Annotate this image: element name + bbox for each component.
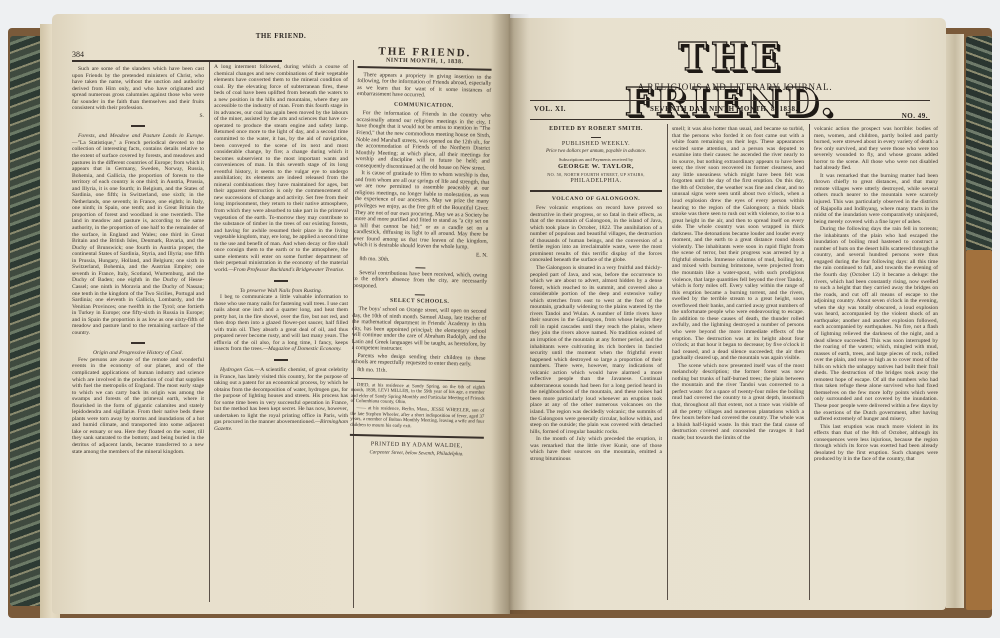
communication-heading: COMMUNICATION. bbox=[357, 101, 491, 110]
death-notice-1: DIED, at his residence at Sandy Spring, … bbox=[351, 382, 485, 407]
signature: S. bbox=[72, 113, 204, 120]
publication-rule bbox=[530, 190, 662, 192]
leather-spine-corner bbox=[966, 250, 992, 610]
coal-continued: A long interment followed, during which … bbox=[214, 64, 348, 274]
masthead-rule bbox=[358, 66, 492, 70]
volcano-paragraph-3: In the month of July which preceded the … bbox=[530, 436, 662, 462]
section-separator bbox=[415, 294, 425, 295]
left-page: THE FRIEND. 384 Such are some of the sla… bbox=[52, 14, 510, 614]
buckland-source: —From Professor Buckland's Bridgewater T… bbox=[228, 267, 344, 273]
section-separator bbox=[274, 359, 288, 361]
death-notice-2: —— at his residence, Berlin, Mass., JESS… bbox=[350, 406, 484, 431]
agent-name: GEORGE W. TAYLOR, bbox=[530, 163, 662, 171]
section-separator bbox=[131, 342, 145, 344]
right-page: THE FRIEND. A RELIGIOUS AND LITERARY JOU… bbox=[510, 18, 946, 610]
volcano-last-eruption: This last eruption was much more violent… bbox=[814, 424, 938, 463]
forests-body: —"La Statistique," a French periodical d… bbox=[72, 140, 204, 336]
right-column-2: smell; it was also hotter than usual, an… bbox=[672, 126, 804, 442]
communication-body: For the information of Friends in the co… bbox=[355, 110, 490, 172]
left-column-1: Such are some of the slanders which have… bbox=[72, 66, 204, 456]
hydrogen-heading: Hydrogen Gas. bbox=[220, 367, 254, 373]
volume-label: VOL. XI. bbox=[534, 105, 566, 113]
agent-address: NO. 50, NORTH FOURTH STREET, UP STAIRS, bbox=[530, 171, 662, 179]
volcano-deluge: During the following days the rain fell … bbox=[814, 226, 938, 422]
section-separator bbox=[591, 137, 601, 138]
section-separator bbox=[131, 125, 145, 127]
price-line: Price two dollars per annum, payable in … bbox=[530, 148, 662, 156]
intro-paragraph: There appears a propriety in giving inse… bbox=[357, 72, 492, 101]
column-rule bbox=[209, 62, 210, 602]
publication-info: EDITED BY ROBERT SMITH. PUBLISHED WEEKLY… bbox=[530, 126, 662, 192]
issue-info-bar: VOL. XI. SEVENTH DAY, NINTH MONTH, 8, 18… bbox=[530, 100, 930, 120]
subscriptions-line: Subscriptions and Payments received by bbox=[530, 156, 662, 164]
city-line: PHILADELPHIA. bbox=[530, 178, 662, 186]
forests-heading: Forests, and Meadow and Pasture Lands in… bbox=[78, 133, 204, 139]
gratitude-date: 8th mo. 30th. bbox=[353, 256, 487, 265]
right-column-3: volcanic action the prospect was horribl… bbox=[814, 126, 938, 464]
left-column-3: THE FRIEND. NINTH MONTH, 1, 1838. There … bbox=[349, 48, 492, 459]
column-rule bbox=[809, 124, 810, 600]
page-number: 384 bbox=[72, 50, 84, 59]
frequency-line: PUBLISHED WEEKLY. bbox=[530, 141, 662, 149]
volcano-continued: smell; it was also hotter than usual, an… bbox=[672, 126, 804, 362]
printer-address: Carpenter Street, below Seventh, Philade… bbox=[349, 450, 483, 459]
newspaper-subtitle: A RELIGIOUS AND LITERARY JOURNAL. bbox=[570, 82, 900, 92]
schools-parents: Parents who design sending their childre… bbox=[351, 353, 485, 369]
nails-body: I beg to communicate a little valuable i… bbox=[214, 294, 348, 353]
running-head: THE FRIEND. bbox=[52, 32, 510, 40]
volcano-scene: The scene which now presented itself was… bbox=[672, 363, 804, 442]
column-rule bbox=[667, 124, 668, 600]
coal-body: Few persons are aware of the remote and … bbox=[72, 357, 204, 455]
volcano-heading: VOLCANO OF GALONGOON. bbox=[530, 196, 662, 203]
right-column-1: EDITED BY ROBERT SMITH. PUBLISHED WEEKLY… bbox=[530, 126, 662, 463]
left-column-2: A long interment followed, during which … bbox=[214, 64, 348, 433]
slanders-paragraph: Such are some of the slanders which have… bbox=[72, 66, 204, 112]
section-separator bbox=[274, 280, 288, 282]
header-rule bbox=[72, 60, 282, 62]
printer-name: PRINTED BY ADAM WALDIE, bbox=[350, 441, 484, 450]
issue-number: NO. 49. bbox=[902, 112, 928, 120]
editorial-masthead-title: THE FRIEND. bbox=[358, 48, 492, 57]
volcano-paragraph-1: Few volcanic eruptions on record have pr… bbox=[530, 205, 662, 264]
hydrogen-paragraph: Hydrogen Gas.—A scientific chemist, of g… bbox=[214, 367, 348, 432]
volcano-paragraph-2: The Galongoon is situated in a very frui… bbox=[530, 265, 662, 435]
section-separator bbox=[415, 267, 425, 268]
issue-dateline: SEVENTH DAY, NINTH MONTH, 8, 1838. bbox=[650, 105, 798, 113]
volcano-observations: It was remarked that the burning matter … bbox=[814, 173, 938, 225]
editorial-masthead: THE FRIEND. NINTH MONTH, 1, 1838. bbox=[358, 48, 492, 66]
printer-imprint: PRINTED BY ADAM WALDIE, Carpenter Street… bbox=[349, 434, 483, 459]
schools-heading: SELECT SCHOOLS. bbox=[353, 296, 487, 305]
contributions-notice: Several contributions have been received… bbox=[353, 270, 487, 292]
page-stack-right bbox=[946, 34, 964, 608]
gratitude-paragraph: It is cause of gratitude to Him to whom … bbox=[354, 170, 490, 251]
death-notices: DIED, at his residence at Sandy Spring, … bbox=[350, 377, 485, 431]
nails-source: —Magazine of Domestic Economy. bbox=[263, 346, 342, 352]
editorial-masthead-date: NINTH MONTH, 1, 1838. bbox=[358, 57, 492, 66]
volcano-aftermath: volcanic action the prospect was horribl… bbox=[814, 126, 938, 172]
editor-line: EDITED BY ROBERT SMITH. bbox=[530, 126, 662, 134]
schools-body: The boys' school on Orange street, will … bbox=[352, 306, 487, 355]
